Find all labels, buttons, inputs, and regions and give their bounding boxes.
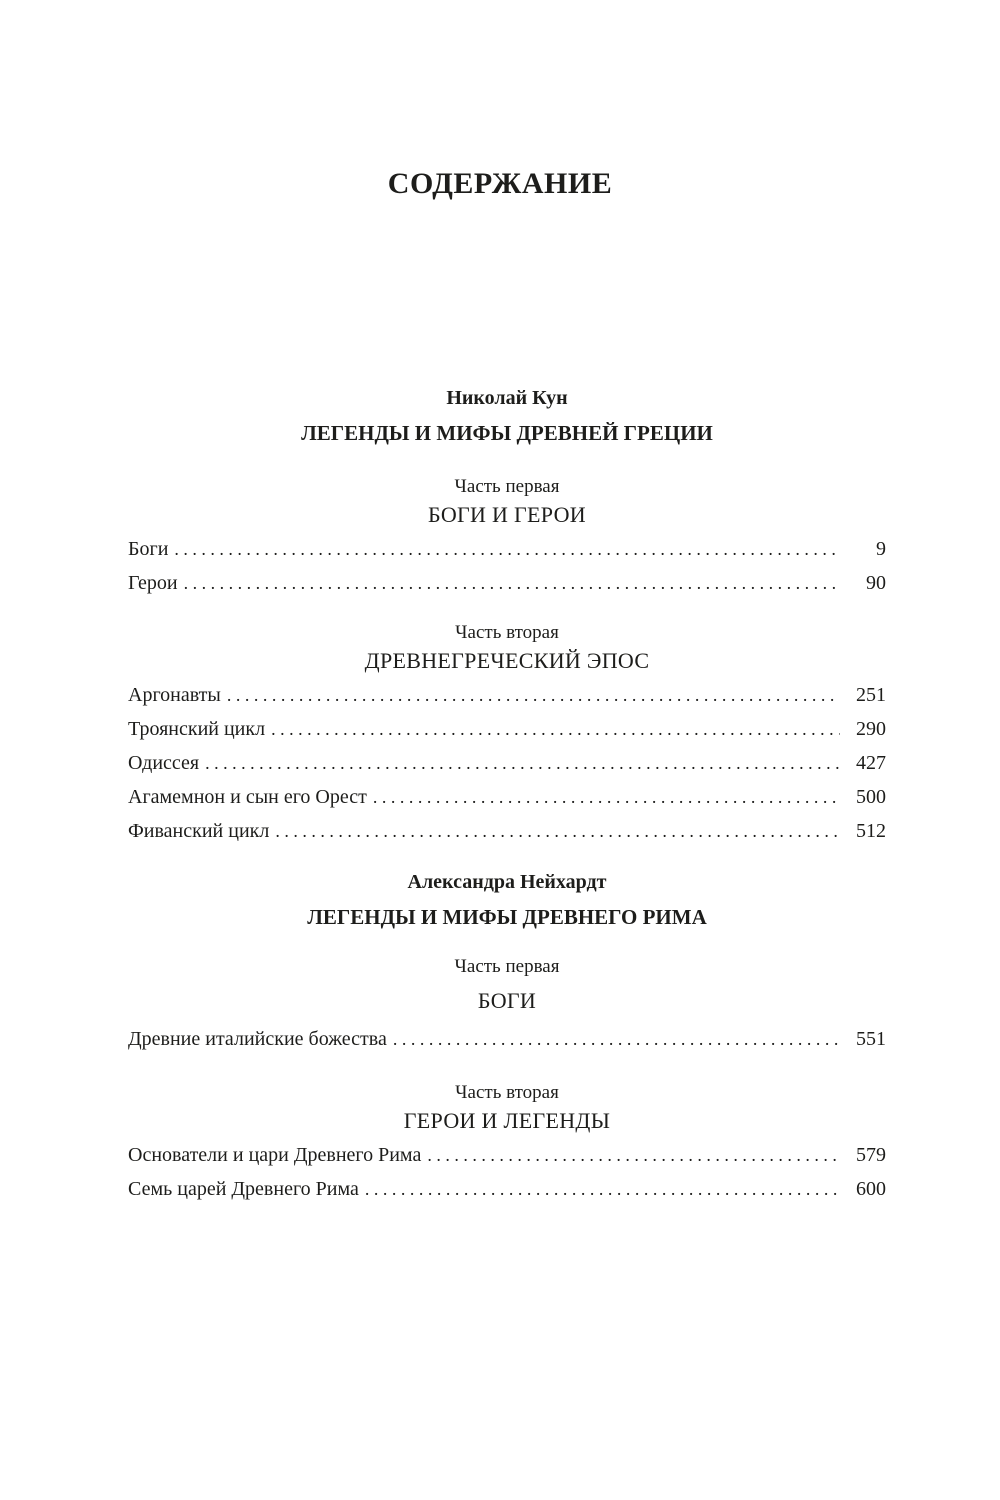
entry-page-number: 427 [840,746,886,780]
toc-entry[interactable]: Троянский цикл 290 [128,712,886,746]
entry-page-number: 251 [840,678,886,712]
part-label: Часть вторая [128,620,886,646]
dot-leader [393,1022,840,1056]
part-first: Часть первая БОГИ И ГЕРОИ Боги 9 Герои 9… [128,474,886,600]
part-label: Часть первая [128,954,886,980]
book-author: Александра Нейхардт [128,868,886,902]
part-second: Часть вторая ДРЕВНЕГРЕЧЕСКИЙ ЭПОС Аргона… [128,620,886,848]
entry-title: Семь царей Древнего Рима [128,1172,365,1206]
book-greece: Николай Кун ЛЕГЕНДЫ И МИФЫ ДРЕВНЕЙ ГРЕЦИ… [128,384,886,848]
entry-page-number: 90 [840,566,886,600]
part-title: ДРЕВНЕГРЕЧЕСКИЙ ЭПОС [128,646,886,676]
part-title: ГЕРОИ И ЛЕГЕНДЫ [128,1106,886,1136]
entry-page-number: 290 [840,712,886,746]
entry-page-number: 512 [840,814,886,848]
part-second: Часть вторая ГЕРОИ И ЛЕГЕНДЫ Основатели … [128,1080,886,1206]
entry-title: Одиссея [128,746,205,780]
toc-entry[interactable]: Боги 9 [128,532,886,566]
page-title: СОДЕРЖАНИЕ [0,164,1000,204]
part-label: Часть первая [128,474,886,500]
entry-page-number: 600 [840,1172,886,1206]
entry-list: Основатели и цари Древнего Рима 579 Семь… [128,1138,886,1206]
toc-entry[interactable]: Фиванский цикл 512 [128,814,886,848]
dot-leader [427,1138,840,1172]
toc-entry[interactable]: Древние италийские божества 551 [128,1022,886,1056]
dot-leader [227,678,840,712]
book-author: Николай Кун [128,384,886,418]
dot-leader [174,532,840,566]
entry-title: Троянский цикл [128,712,271,746]
entry-page-number: 500 [840,780,886,814]
toc-entry[interactable]: Герои 90 [128,566,886,600]
dot-leader [271,712,840,746]
dot-leader [365,1172,840,1206]
entry-title: Древние италийские божества [128,1022,393,1056]
entry-list: Аргонавты 251 Троянский цикл 290 Одиссея… [128,678,886,848]
entry-title: Фиванский цикл [128,814,275,848]
entry-title: Герои [128,566,184,600]
part-title: БОГИ И ГЕРОИ [128,500,886,530]
dot-leader [373,780,840,814]
toc-entry[interactable]: Семь царей Древнего Рима 600 [128,1172,886,1206]
entry-title: Аргонавты [128,678,227,712]
part-first: Часть первая БОГИ Древние италийские бож… [128,954,886,1056]
toc-entry[interactable]: Аргонавты 251 [128,678,886,712]
entry-list: Древние италийские божества 551 [128,1022,886,1056]
dot-leader [205,746,840,780]
entry-list: Боги 9 Герои 90 [128,532,886,600]
book-title: ЛЕГЕНДЫ И МИФЫ ДРЕВНЕЙ ГРЕЦИИ [128,418,886,456]
toc-entry[interactable]: Агамемнон и сын его Орест 500 [128,780,886,814]
dot-leader [275,814,840,848]
entry-title: Основатели и цари Древнего Рима [128,1138,427,1172]
entry-page-number: 551 [840,1022,886,1056]
entry-page-number: 579 [840,1138,886,1172]
entry-title: Боги [128,532,174,566]
entry-title: Агамемнон и сын его Орест [128,780,373,814]
toc-entry[interactable]: Одиссея 427 [128,746,886,780]
entry-page-number: 9 [840,532,886,566]
part-title: БОГИ [128,986,886,1016]
book-rome: Александра Нейхардт ЛЕГЕНДЫ И МИФЫ ДРЕВН… [128,868,886,1206]
toc-entry[interactable]: Основатели и цари Древнего Рима 579 [128,1138,886,1172]
part-label: Часть вторая [128,1080,886,1106]
book-title: ЛЕГЕНДЫ И МИФЫ ДРЕВНЕГО РИМА [128,902,886,940]
dot-leader [184,566,840,600]
